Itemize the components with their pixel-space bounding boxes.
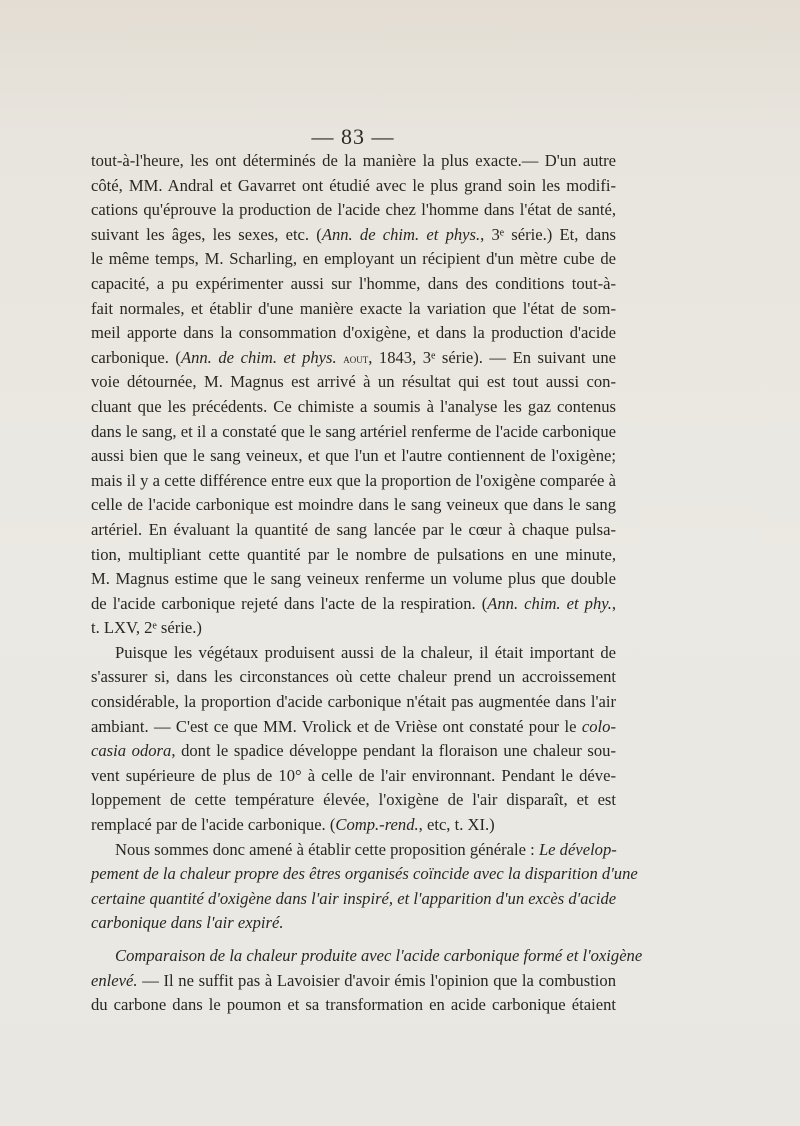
text-line: Comparaison de la chaleur produite avec …	[91, 944, 616, 969]
text-line: capacité, a pu expérimenter aussi sur l'…	[91, 272, 616, 297]
text-line: artériel. En évaluant la quantité de san…	[91, 518, 616, 543]
line-text: , etc, t. XI.)	[419, 815, 495, 834]
line-text: vent supérieure de plus de 10° à celle d…	[91, 766, 616, 785]
line-text: — Il ne suffit pas à Lavoisier d'avoir é…	[138, 971, 616, 990]
line-text: loppement de cette température élevée, l…	[91, 790, 616, 809]
text-line: t. LXV, 2ᵉ série.)	[91, 616, 616, 641]
line-text: celle de l'acide carbonique est moindre …	[91, 495, 616, 514]
italic-text: Ann. de chim. et phys.	[181, 348, 337, 367]
line-text: cations qu'éprouve la production de l'ac…	[91, 200, 616, 219]
text-line: de l'acide carbonique rejeté dans l'acte…	[91, 592, 616, 617]
text-line: le même temps, M. Scharling, en employan…	[91, 247, 616, 272]
text-line: s'assurer si, dans les circonstances où …	[91, 665, 616, 690]
line-text: tion, multipliant cette quantité par le …	[91, 545, 616, 564]
italic-text: Le dévelop-	[539, 840, 617, 859]
line-text: M. Magnus estime que le sang veineux ren…	[91, 569, 616, 588]
text-line: pement de la chaleur propre des êtres or…	[91, 862, 616, 887]
line-text: cluant que les précédents. Ce chimiste a…	[91, 397, 616, 416]
line-text: suivant les âges, les sexes, etc. (	[91, 225, 322, 244]
line-text: aussi bien que le sang veineux, et que l…	[91, 446, 616, 465]
text-line: côté, MM. Andral et Gavarret ont étudié …	[91, 174, 616, 199]
text-line: vent supérieure de plus de 10° à celle d…	[91, 764, 616, 789]
italic-text: Comp.-rend.	[335, 815, 418, 834]
line-text: Puisque les végétaux produisent aussi de…	[115, 643, 616, 662]
italic-text: Ann. chim. et phy.	[487, 594, 612, 613]
text-line: voie détournée, M. Magnus est arrivé à u…	[91, 370, 616, 395]
text-line: ambiant. — C'est ce que MM. Vrolick et d…	[91, 715, 616, 740]
line-text: , 3ᵉ série.) Et, dans	[480, 225, 616, 244]
line-text: tout-à-l'heure, les ont déterminés de la…	[91, 151, 616, 170]
line-text: du carbone dans le poumon et sa transfor…	[91, 995, 616, 1014]
text-line: considérable, la proportion d'acide carb…	[91, 690, 616, 715]
line-text: s'assurer si, dans les circonstances où …	[91, 667, 616, 686]
text-line: carbonique dans l'air expiré.	[91, 911, 616, 936]
text-line: cluant que les précédents. Ce chimiste a…	[91, 395, 616, 420]
text-line: celle de l'acide carbonique est moindre …	[91, 493, 616, 518]
text-line: du carbone dans le poumon et sa transfor…	[91, 993, 616, 1018]
line-text: ambiant. — C'est ce que MM. Vrolick et d…	[91, 717, 582, 736]
text-line: remplacé par de l'acide carbonique. (Com…	[91, 813, 616, 838]
body-text: tout-à-l'heure, les ont déterminés de la…	[91, 149, 616, 1018]
line-text: Nous sommes donc amené à établir cette p…	[115, 840, 539, 859]
text-line: casia odora, dont le spadice développe p…	[91, 739, 616, 764]
line-text: remplacé par de l'acide carbonique. (	[91, 815, 335, 834]
text-line: mais il y a cette différence entre eux q…	[91, 469, 616, 494]
text-line: cations qu'éprouve la production de l'ac…	[91, 198, 616, 223]
text-line: enlevé. — Il ne suffit pas à Lavoisier d…	[91, 969, 616, 994]
text-line: aussi bien que le sang veineux, et que l…	[91, 444, 616, 469]
line-text: artériel. En évaluant la quantité de san…	[91, 520, 616, 539]
italic-text: carbonique dans l'air expiré.	[91, 913, 284, 932]
italic-text: Ann. de chim. et phys.	[322, 225, 480, 244]
text-line: tion, multipliant cette quantité par le …	[91, 543, 616, 568]
text-line: fait normales, et établir d'une manière …	[91, 297, 616, 322]
line-text: considérable, la proportion d'acide carb…	[91, 692, 616, 711]
line-text: capacité, a pu expérimenter aussi sur l'…	[91, 274, 616, 293]
text-line: meil apporte dans la consommation d'oxig…	[91, 321, 616, 346]
text-line: Puisque les végétaux produisent aussi de…	[91, 641, 616, 666]
text-line: carbonique. (Ann. de chim. et phys. aout…	[91, 346, 616, 371]
italic-text: pement de la chaleur propre des êtres or…	[91, 864, 638, 883]
line-text: , 1843, 3ᵉ série). — En suivant une	[368, 348, 616, 367]
line-text: mais il y a cette différence entre eux q…	[91, 471, 616, 490]
text-line: Nous sommes donc amené à établir cette p…	[91, 838, 616, 863]
line-text: fait normales, et établir d'une manière …	[91, 299, 616, 318]
line-text: , dont le spadice développe pendant la f…	[171, 741, 616, 760]
line-text: voie détournée, M. Magnus est arrivé à u…	[91, 372, 616, 391]
text-line: certaine quantité d'oxigène dans l'air i…	[91, 887, 616, 912]
line-text: de l'acide carbonique rejeté dans l'acte…	[91, 594, 487, 613]
line-text: t. LXV, 2ᵉ série.)	[91, 618, 202, 637]
text-line: tout-à-l'heure, les ont déterminés de la…	[91, 149, 616, 174]
text-line: suivant les âges, les sexes, etc. (Ann. …	[91, 223, 616, 248]
italic-text: certaine quantité d'oxigène dans l'air i…	[91, 889, 616, 908]
line-text: côté, MM. Andral et Gavarret ont étudié …	[91, 176, 616, 195]
line-text: carbonique. (	[91, 348, 181, 367]
text-line: M. Magnus estime que le sang veineux ren…	[91, 567, 616, 592]
text-line: dans le sang, et il a constaté que le sa…	[91, 420, 616, 445]
page-number: — 83 —	[0, 124, 706, 150]
italic-text: Comparaison de la chaleur produite avec …	[115, 946, 642, 965]
line-text: le même temps, M. Scharling, en employan…	[91, 249, 616, 268]
italic-text: colo-	[582, 717, 616, 736]
line-text: meil apporte dans la consommation d'oxig…	[91, 323, 616, 342]
line-text: ,	[612, 594, 616, 613]
italic-text: enlevé.	[91, 971, 138, 990]
line-text: dans le sang, et il a constaté que le sa…	[91, 422, 616, 441]
small-caps-text: aout	[343, 351, 368, 366]
text-line: loppement de cette température élevée, l…	[91, 788, 616, 813]
italic-text: casia odora	[91, 741, 171, 760]
